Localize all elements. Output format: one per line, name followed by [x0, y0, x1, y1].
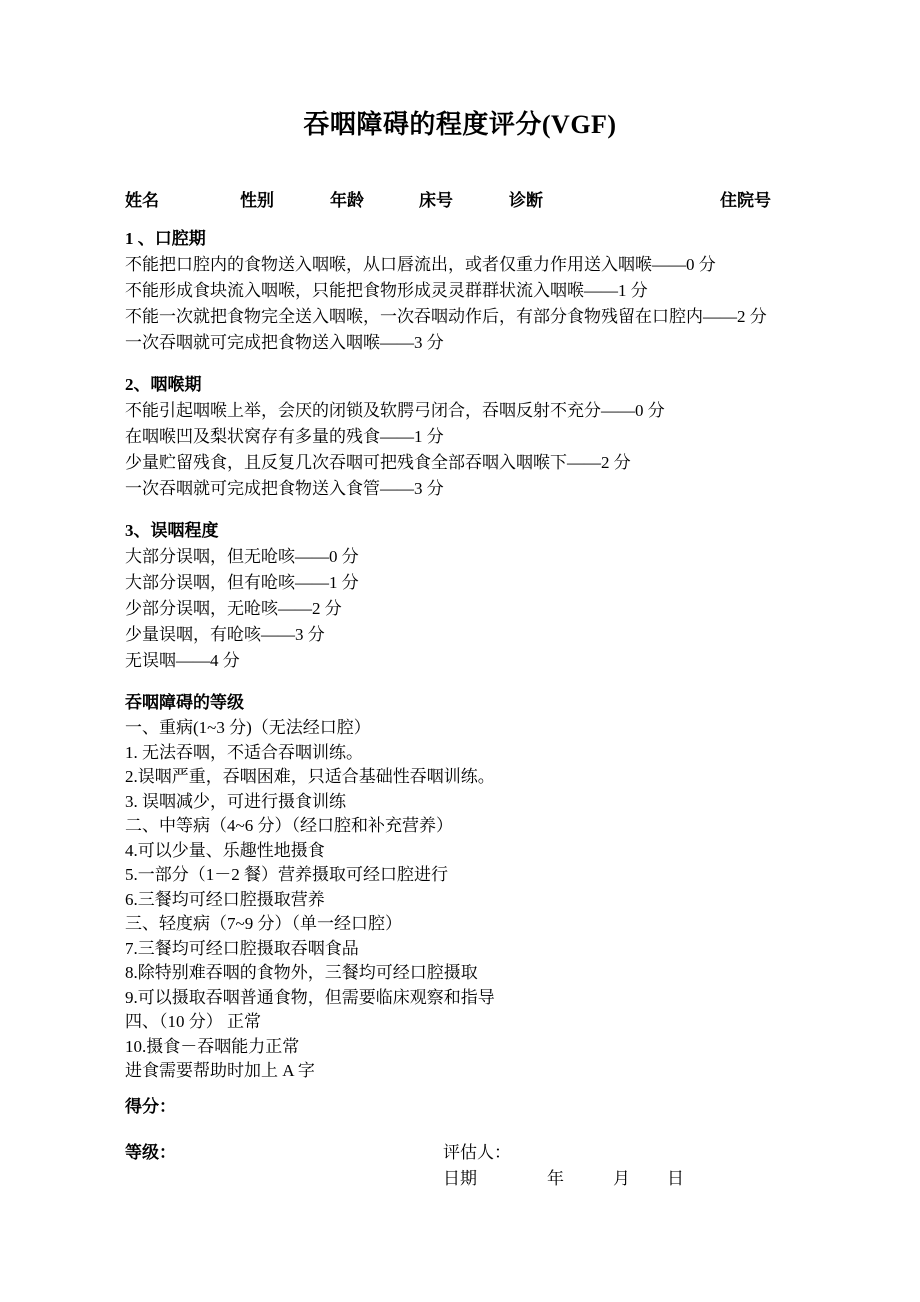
grade-line: 6.三餐均可经口腔摄取营养	[125, 888, 795, 913]
date-label: 日期	[443, 1166, 477, 1192]
grade-line: 5.一部分（1－2 餐）营养摄取可经口腔进行	[125, 863, 795, 888]
criteria-line: 少量贮留残食，且反复几次吞咽可把残食全部吞咽入咽喉下——2 分	[125, 450, 795, 476]
grade-line: 1. 无法吞咽，不适合吞咽训练。	[125, 741, 795, 766]
section-heading: 3、误咽程度	[125, 518, 795, 544]
section-dysphagia-grades: 吞咽障碍的等级 一、重病(1~3 分)（无法经口腔） 1. 无法吞咽，不适合吞咽…	[125, 690, 795, 1084]
day-label: 日	[667, 1166, 684, 1192]
grade-line: 7.三餐均可经口腔摄取吞咽食品	[125, 937, 795, 962]
criteria-line: 不能把口腔内的食物送入咽喉，从口唇流出，或者仅重力作用送入咽喉——0 分	[125, 252, 795, 278]
criteria-line: 无误咽——4 分	[125, 648, 795, 674]
section-heading: 吞咽障碍的等级	[125, 690, 795, 716]
section-heading: 1 、口腔期	[125, 226, 795, 252]
assessor-label: 评估人：	[443, 1140, 511, 1166]
date-row: 日期 年 月 日	[125, 1166, 795, 1192]
grade-line: 8.除特别难吞咽的食物外，三餐均可经口腔摄取	[125, 961, 795, 986]
patient-info-row: 姓名 性别 年龄 床号 诊断 住院号	[125, 186, 795, 208]
field-admission-number-label: 住院号	[720, 186, 771, 211]
year-label: 年	[547, 1166, 564, 1192]
grade-line: 4.可以少量、乐趣性地摄食	[125, 839, 795, 864]
section-aspiration-degree: 3、误咽程度 大部分误咽，但无呛咳——0 分 大部分误咽，但有呛咳——1 分 少…	[125, 518, 795, 674]
grade-label: 等级：	[125, 1140, 176, 1166]
section-oral-phase: 1 、口腔期 不能把口腔内的食物送入咽喉，从口唇流出，或者仅重力作用送入咽喉——…	[125, 226, 795, 356]
criteria-line: 不能形成食块流入咽喉，只能把食物形成灵灵群群状流入咽喉——1 分	[125, 278, 795, 304]
page-title: 吞咽障碍的程度评分(VGF)	[125, 0, 795, 142]
criteria-line: 在咽喉凹及梨状窝存有多量的残食——1 分	[125, 424, 795, 450]
grade-line: 2.误咽严重，吞咽困难，只适合基础性吞咽训练。	[125, 765, 795, 790]
grade-line: 3. 误咽减少，可进行摄食训练	[125, 790, 795, 815]
criteria-line: 一次吞咽就可完成把食物送入食管——3 分	[125, 476, 795, 502]
section-pharyngeal-phase: 2、咽喉期 不能引起咽喉上举，会厌的闭锁及软腭弓闭合，吞咽反射不充分——0 分 …	[125, 372, 795, 502]
grade-row: 等级： 评估人：	[125, 1140, 795, 1166]
criteria-line: 大部分误咽，但无呛咳——0 分	[125, 544, 795, 570]
grade-line: 进食需要帮助时加上 A 字	[125, 1059, 795, 1084]
criteria-line: 不能引起咽喉上举，会厌的闭锁及软腭弓闭合，吞咽反射不充分——0 分	[125, 398, 795, 424]
grade-line: 二、中等病（4~6 分）（经口腔和补充营养）	[125, 814, 795, 839]
field-gender-label: 性别	[240, 186, 274, 211]
criteria-line: 少部分误咽，无呛咳——2 分	[125, 596, 795, 622]
grade-line: 9.可以摄取吞咽普通食物，但需要临床观察和指导	[125, 986, 795, 1011]
month-label: 月	[613, 1166, 630, 1192]
criteria-line: 不能一次就把食物完全送入咽喉，一次吞咽动作后，有部分食物残留在口腔内——2 分	[125, 304, 795, 330]
field-bed-number-label: 床号	[419, 186, 453, 211]
criteria-line: 大部分误咽，但有呛咳——1 分	[125, 570, 795, 596]
criteria-line: 一次吞咽就可完成把食物送入咽喉——3 分	[125, 330, 795, 356]
score-label: 得分：	[125, 1097, 176, 1116]
document-page: 吞咽障碍的程度评分(VGF) 姓名 性别 年龄 床号 诊断 住院号 1 、口腔期…	[0, 0, 920, 1302]
field-name-label: 姓名	[125, 186, 159, 211]
grade-line: 三、轻度病（7~9 分）（单一经口腔）	[125, 912, 795, 937]
grade-line: 10.摄食－吞咽能力正常	[125, 1035, 795, 1060]
score-row: 得分：	[125, 1094, 795, 1120]
section-heading: 2、咽喉期	[125, 372, 795, 398]
field-diagnosis-label: 诊断	[509, 186, 543, 211]
criteria-line: 少量误咽，有呛咳——3 分	[125, 622, 795, 648]
field-age-label: 年龄	[330, 186, 364, 211]
grade-line: 四、（10 分） 正常	[125, 1010, 795, 1035]
grade-line: 一、重病(1~3 分)（无法经口腔）	[125, 716, 795, 741]
